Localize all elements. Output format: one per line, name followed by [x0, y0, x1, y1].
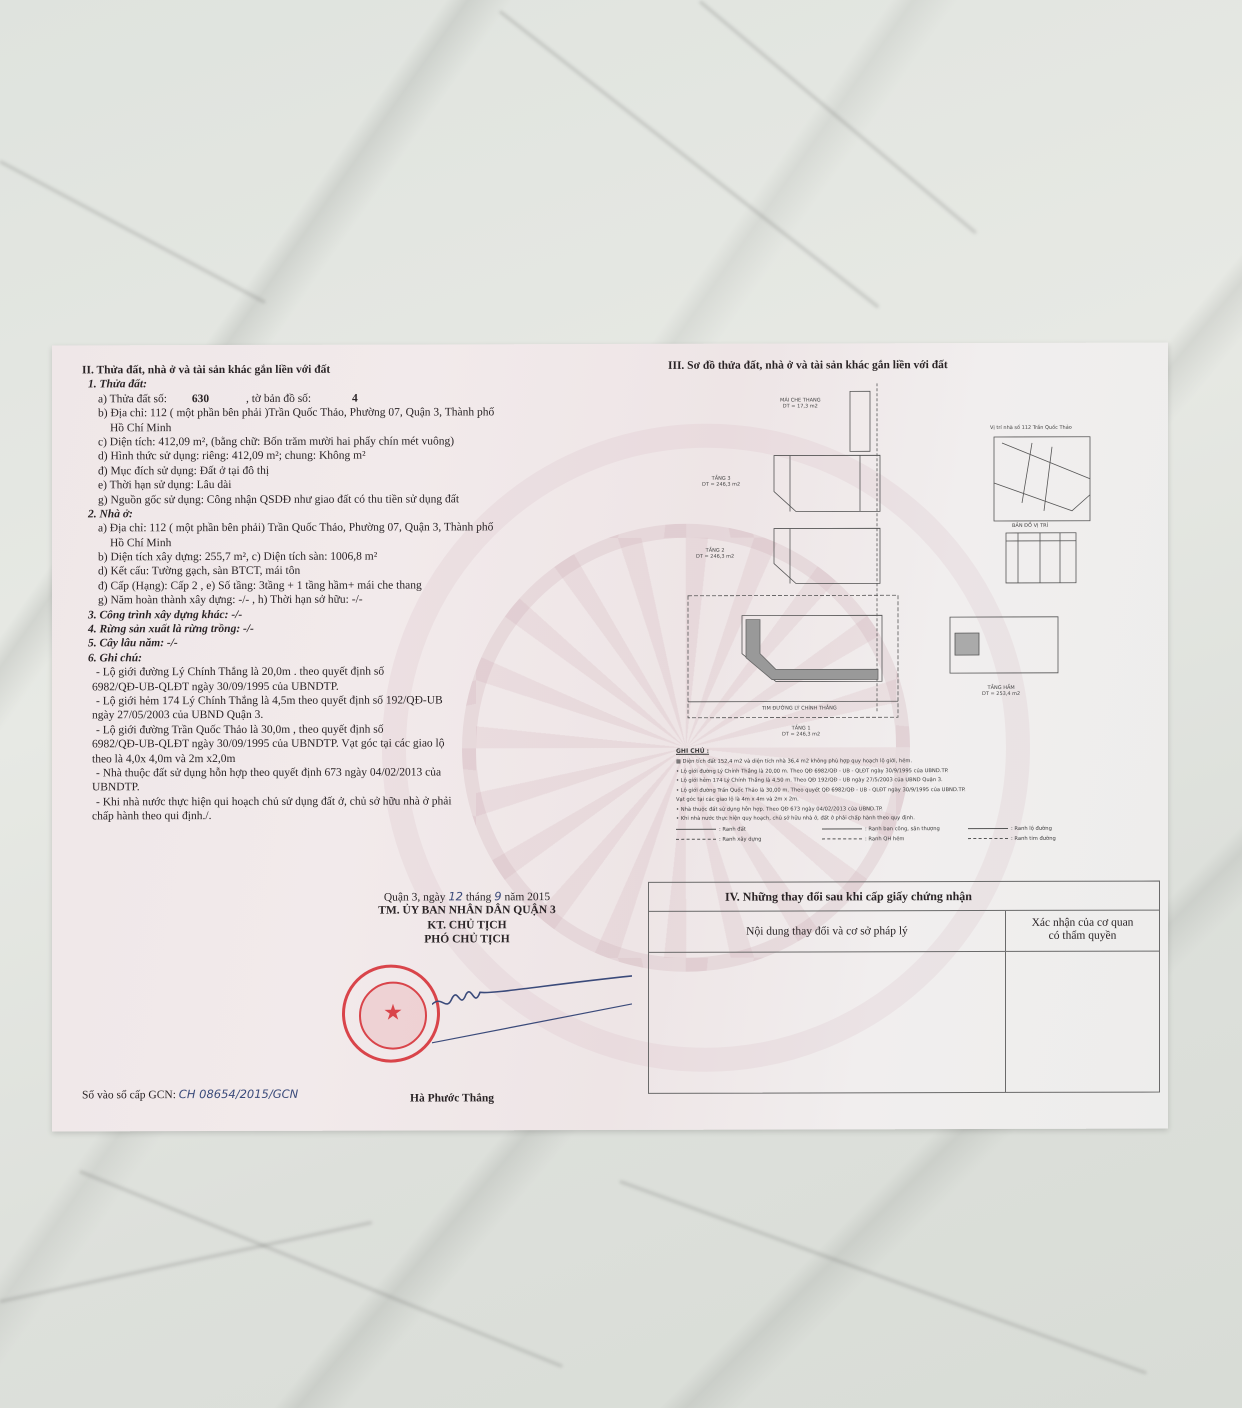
parcel-label: a) Thửa đất số:: [98, 393, 167, 405]
legend-item: : Ranh lộ đường: [968, 823, 1096, 833]
diagram-notes-list: ▩ Diện tích đất 152,4 m2 và diện tích nh…: [676, 757, 1096, 825]
land-address-cont: Hồ Chí Minh: [82, 420, 602, 436]
marble-vein: [0, 1221, 372, 1303]
parcel-line: a) Thửa đất số: 630 , tờ bản đồ số: 4: [82, 391, 602, 407]
note-line: - Nhà thuộc đất sử dụng hỗn hợp theo quy…: [82, 765, 602, 781]
legend-line-icon: [676, 838, 716, 839]
month-label: tháng: [466, 891, 492, 903]
legend-label: : Ranh tim đường: [1011, 835, 1056, 841]
usage-form: d) Hình thức sử dụng: riêng: 412,09 m²; …: [82, 448, 602, 464]
date-year: năm 2015: [504, 891, 550, 903]
line-legend: : Ranh đất: Ranh ban công, sân thượng: R…: [676, 823, 1096, 844]
usage-purpose: đ) Mục đích sử dụng: Đất ở tại đô thị: [82, 463, 602, 479]
basement-label: TẦNG HẦM DT = 253,4 m2: [982, 685, 1020, 697]
note-line: - Lộ giới hẻm 174 Lý Chính Thắng là 4,5m…: [82, 693, 602, 709]
house-area: b) Diện tích xây dựng: 255,7 m², c) Diện…: [82, 549, 602, 565]
note-line: UBNDTP.: [82, 779, 602, 795]
legend-line-icon: [822, 838, 862, 839]
note-line: 6982/QĐ-UB-QLĐT ngày 30/09/1995 của UBND…: [82, 679, 602, 695]
legend-item: : Ranh xây dựng: [676, 834, 804, 844]
changes-title: IV. Những thay đổi sau khi cấp giấy chứn…: [649, 882, 1159, 912]
floor2-label: TẦNG 2 DT = 246,3 m2: [696, 548, 734, 560]
marble-vein: [619, 1180, 1146, 1374]
gcn-value: CH 08654/2015/GCN: [179, 1087, 298, 1101]
issue-date: Quận 3, ngày 12 tháng 9 năm 2015: [342, 889, 592, 904]
changes-table: IV. Những thay đổi sau khi cấp giấy chứn…: [648, 881, 1160, 1094]
signature-scribble: [432, 964, 632, 1055]
date-prefix: Quận 3, ngày: [384, 891, 446, 903]
legend-label: : Ranh lộ đường: [1011, 825, 1052, 831]
legend-row: : Ranh xây dựng: Ranh QH hẻm: Ranh tim đ…: [676, 833, 1096, 844]
note-line: - Lộ giới đường Lý Chính Thắng là 20,0m …: [82, 664, 602, 680]
star-icon: ★: [361, 999, 425, 1025]
house-year: g) Năm hoàn thành xây dựng: -/- , h) Thờ…: [82, 592, 602, 608]
note-line: - Lộ giới đường Trần Quốc Thảo là 30,0m …: [82, 722, 602, 738]
gcn-register-number: Số vào sổ cấp GCN: CH 08654/2015/GCN: [82, 1087, 298, 1102]
perennial-trees: 5. Cây lâu năm: -/-: [82, 635, 602, 651]
diagram-notes: GHI CHÚ : ▩ Diện tích đất 152,4 m2 và di…: [676, 747, 1096, 845]
date-day: 12: [448, 889, 463, 903]
floor1-label: TẦNG 1 DT = 246,3 m2: [782, 725, 820, 737]
changes-body: [649, 952, 1159, 1093]
legend-label: : Ranh đất: [719, 826, 746, 832]
issuing-org: TM. ỦY BAN NHÂN DÂN QUẬN 3: [342, 903, 592, 918]
usage-origin: g) Nguồn gốc sử dụng: Công nhận QSDĐ như…: [82, 492, 602, 508]
land-area: c) Diện tích: 412,09 m², (bằng chữ: Bốn …: [82, 434, 602, 450]
map-sheet-number: 4: [352, 392, 358, 404]
floor-plan-diagram: MÁI CHE THANG DT = 17,3 m2 TẦNG 3 DT = 2…: [672, 383, 1142, 744]
other-construction: 3. Công trình xây dựng khác: -/-: [82, 607, 602, 623]
land-use-certificate: II. Thửa đất, nhà ở và tài sản khác gắn …: [52, 343, 1168, 1132]
note-line: chấp hành theo qui định./.: [82, 808, 602, 824]
legend-line-icon: [968, 837, 1008, 838]
legend-label: : Ranh xây dựng: [719, 836, 761, 842]
legend-label: : Ranh ban công, sân thượng: [865, 826, 940, 832]
signature-block: Quận 3, ngày 12 tháng 9 năm 2015 TM. ỦY …: [342, 889, 592, 947]
diagram-notes-heading: GHI CHÚ :: [676, 747, 1096, 755]
land-heading: 1. Thửa đất:: [82, 376, 602, 392]
signer-name: Hà Phước Thắng: [410, 1092, 494, 1104]
location-map-caption: BẢN ĐỒ VỊ TRÍ: [1012, 523, 1048, 529]
usage-term: e) Thời hạn sử dụng: Lâu dài: [82, 477, 602, 493]
notes-list: - Lộ giới đường Lý Chính Thắng là 20,0m …: [82, 664, 602, 824]
floor-plan-drawing: [672, 383, 1142, 744]
land-address: b) Địa chỉ: 112 ( một phần bên phải )Trầ…: [82, 405, 602, 421]
map-sheet-label: , tờ bản đồ số:: [246, 393, 311, 405]
parcel-number: 630: [192, 393, 209, 405]
changes-header: Nội dung thay đổi và cơ sở pháp lý Xác n…: [649, 911, 1159, 953]
legend-line-icon: [822, 828, 862, 829]
marble-vein: [0, 160, 266, 303]
col2-line1: Xác nhận của cơ quan: [1006, 917, 1159, 930]
house-structure: d) Kết cấu: Tường gạch, sàn BTCT, mái tô…: [82, 563, 602, 579]
section-iii-title: III. Sơ đồ thửa đất, nhà ở và tài sản kh…: [668, 359, 948, 372]
legend-line-icon: [968, 827, 1008, 828]
legend-item: : Ranh QH hẻm: [822, 834, 950, 844]
floor3-label: TẦNG 3 DT = 246,3 m2: [702, 476, 740, 488]
note-line: theo là 4,0x 4,0m và 2m x2,0m: [82, 751, 602, 767]
legend-item: : Ranh ban công, sân thượng: [822, 824, 950, 834]
legend-line-icon: [676, 828, 716, 829]
legend-item: : Ranh tim đường: [968, 833, 1096, 843]
location-map-title: Vị trí nhà số 112 Trần Quốc Thảo: [990, 425, 1072, 431]
note-line: 6982/QĐ-UB-QLĐT ngày 30/09/1995 của UBND…: [82, 736, 602, 752]
red-seal-stamp: ★: [342, 964, 440, 1062]
kt-title: KT. CHỦ TỊCH: [342, 918, 592, 933]
changes-col-content: Nội dung thay đổi và cơ sở pháp lý: [649, 911, 1006, 952]
house-address: a) Địa chỉ: 112 ( một phần bên phải) Trầ…: [82, 520, 602, 536]
left-page: II. Thửa đất, nhà ở và tài sản khác gắn …: [82, 362, 602, 824]
gcn-label: Số vào sổ cấp GCN:: [82, 1089, 176, 1101]
street-bottom-label: TIM ĐƯỜNG LÝ CHÍNH THẮNG: [762, 705, 837, 711]
changes-content-cell: [649, 952, 1006, 1093]
production-forest: 4. Rừng sản xuất là rừng trồng: -/-: [82, 621, 602, 637]
house-address-cont: Hồ Chí Minh: [82, 535, 602, 551]
changes-col-confirmation: Xác nhận của cơ quan có thẩm quyền: [1006, 911, 1159, 951]
house-heading: 2. Nhà ở:: [82, 506, 602, 522]
notes-heading: 6. Ghi chú:: [82, 650, 602, 666]
legend-label: : Ranh QH hẻm: [865, 836, 904, 842]
seal-emblem: ★: [359, 981, 427, 1049]
date-month: 9: [494, 889, 501, 903]
legend-item: : Ranh đất: [676, 824, 804, 834]
note-line: - Khi nhà nước thực hiện qui hoạch chủ s…: [82, 794, 602, 810]
marble-vein: [499, 10, 879, 308]
signer-title: PHÓ CHỦ TỊCH: [342, 932, 592, 947]
roof-label: MÁI CHE THANG DT = 17,3 m2: [780, 397, 821, 409]
section-ii-title: II. Thửa đất, nhà ở và tài sản khác gắn …: [82, 362, 602, 378]
col2-line2: có thẩm quyền: [1006, 930, 1159, 943]
house-grade: đ) Cấp (Hạng): Cấp 2 , e) Số tầng: 3tầng…: [82, 578, 602, 594]
note-line: ngày 27/05/2003 của UBND Quận 3.: [82, 707, 602, 723]
